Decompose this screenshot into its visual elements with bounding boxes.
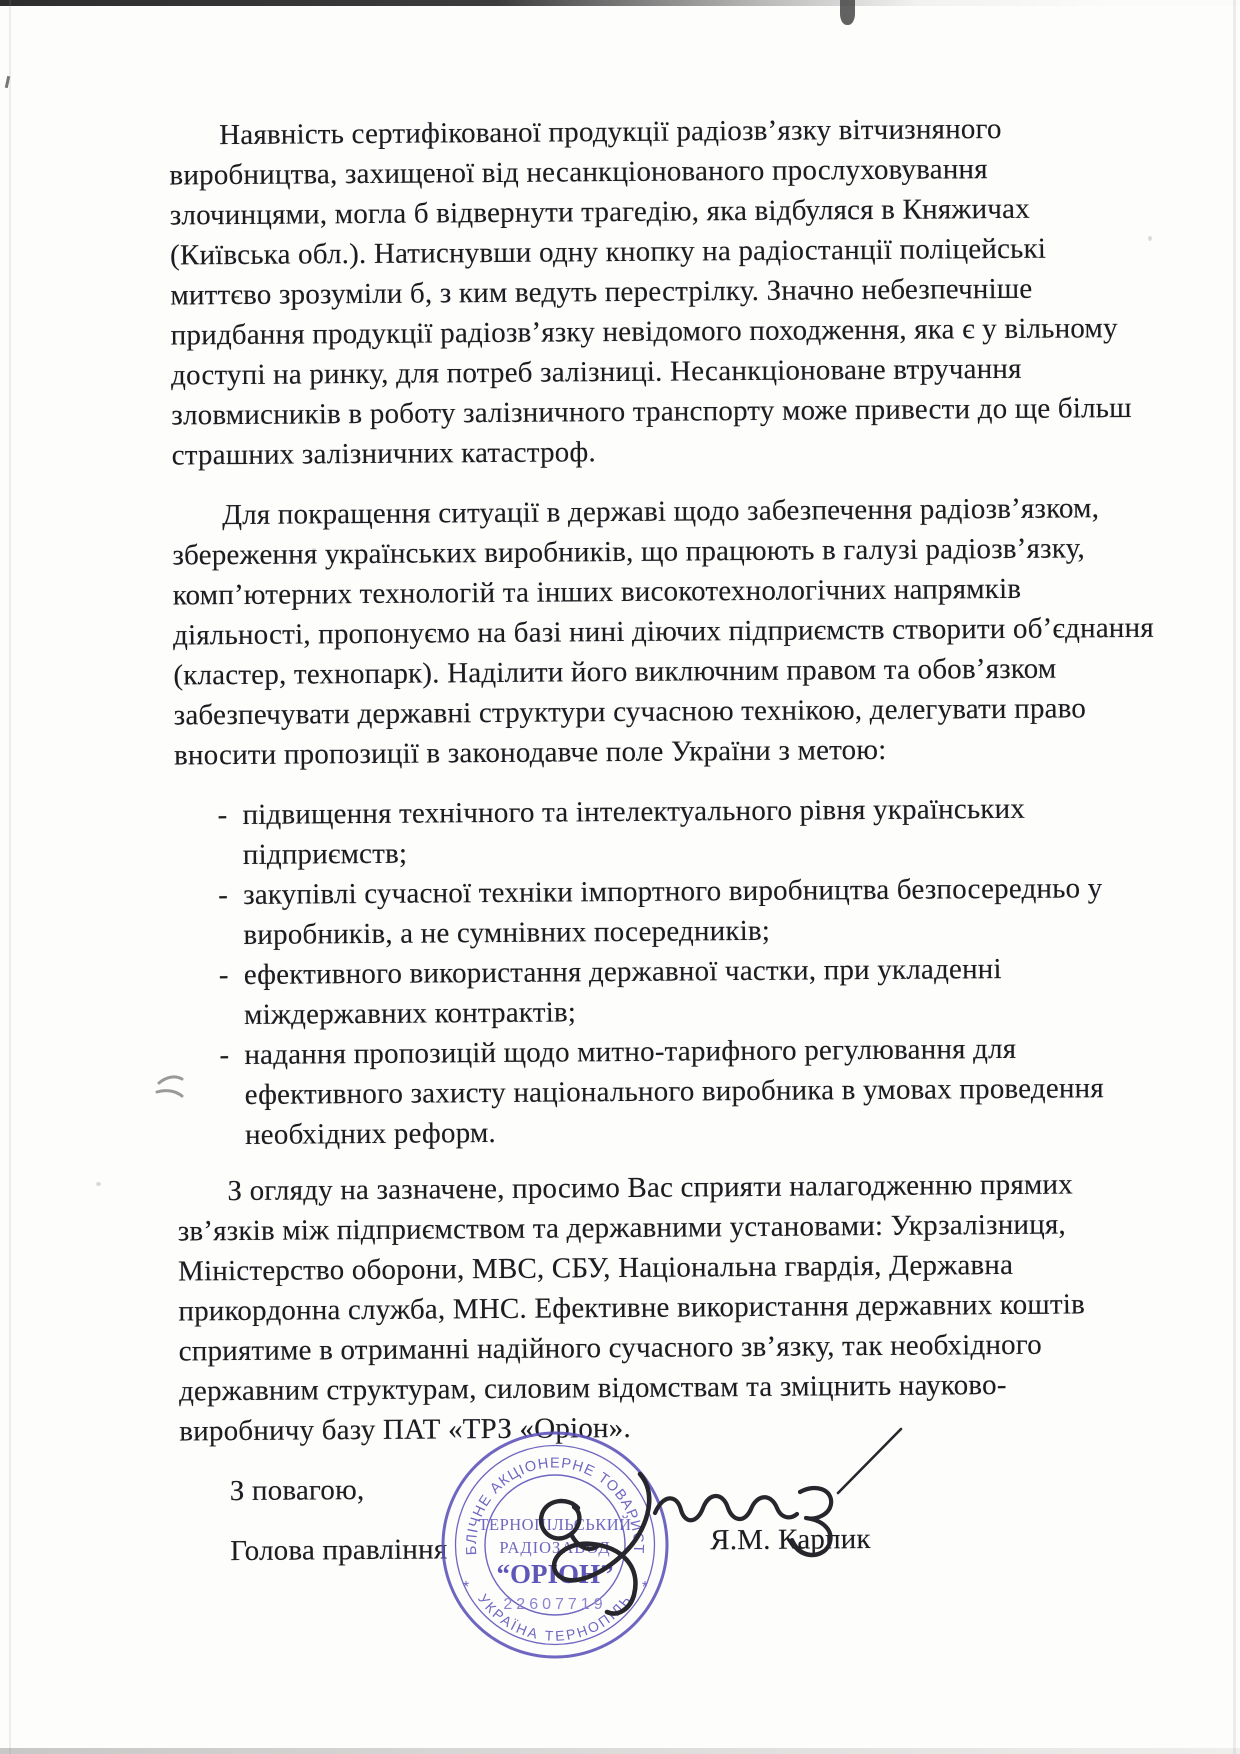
letter-content: Наявність сертифікованої продукції радіо… (0, 0, 1240, 1754)
signer-title: Голова правління (180, 1523, 1210, 1571)
paragraph: Для покращення ситуації в державі щодо з… (172, 487, 1204, 775)
paragraph-line: зловмисників в роботу залізничного транс… (171, 387, 1201, 435)
list-item-dash: - (219, 1035, 229, 1075)
paragraph-line: (Київська обл.). Натиснувши одну кнопку … (170, 227, 1200, 275)
list-item: -надання пропозицій щодо митно-тарифного… (176, 1027, 1207, 1155)
letter-body: Наявність сертифікованої продукції радіо… (169, 107, 1210, 1571)
list-item-line: закупівлі сучасної техніки імпортного ви… (243, 867, 1205, 915)
list-item-line: необхідних реформ. (245, 1107, 1207, 1155)
list-item-line: ефективного захисту національного виробн… (245, 1067, 1207, 1115)
scanned-letter-page: Наявність сертифікованої продукції радіо… (0, 0, 1240, 1754)
list-item: -ефективного використання державної част… (176, 947, 1207, 1035)
paragraph: Наявність сертифікованої продукції радіо… (169, 107, 1202, 475)
paragraph-line: зв’язків між підприємством та державними… (178, 1203, 1208, 1251)
paragraph-line: придбання продукції радіозв’язку невідом… (171, 307, 1201, 355)
list-item-dash: - (219, 955, 229, 995)
paragraph-line: збереження українських виробників, що пр… (172, 527, 1202, 575)
paragraph-line: забезпечувати державні структури сучасно… (174, 687, 1204, 735)
closing-block: З повагою,Голова правлінняЯ.М. Карпик (180, 1463, 1211, 1571)
signature-row: Голова правлінняЯ.М. Карпик (180, 1523, 1210, 1571)
bullet-list: -підвищення технічного та інтелектуально… (174, 787, 1207, 1155)
closing-salutation: З повагою, (180, 1463, 1210, 1511)
paragraph-line: виробничу базу ПАТ «ТРЗ «Оріон». (179, 1403, 1209, 1451)
paragraph-line: прикордонна служба, МНС. Ефективне викор… (178, 1283, 1208, 1331)
list-item: -закупівлі сучасної техніки імпортного в… (175, 867, 1206, 955)
list-item: -підвищення технічного та інтелектуально… (174, 787, 1205, 875)
signer-name: Я.М. Карпик (710, 1519, 871, 1560)
list-item-dash: - (218, 875, 228, 915)
list-item-dash: - (217, 795, 227, 835)
paragraph: З огляду на зазначене, просимо Вас сприя… (177, 1163, 1209, 1451)
paragraph-line: страшних залізничних катастроф. (172, 427, 1202, 475)
paragraph-line: вносити пропозиції в законодавче поле Ук… (174, 727, 1204, 775)
